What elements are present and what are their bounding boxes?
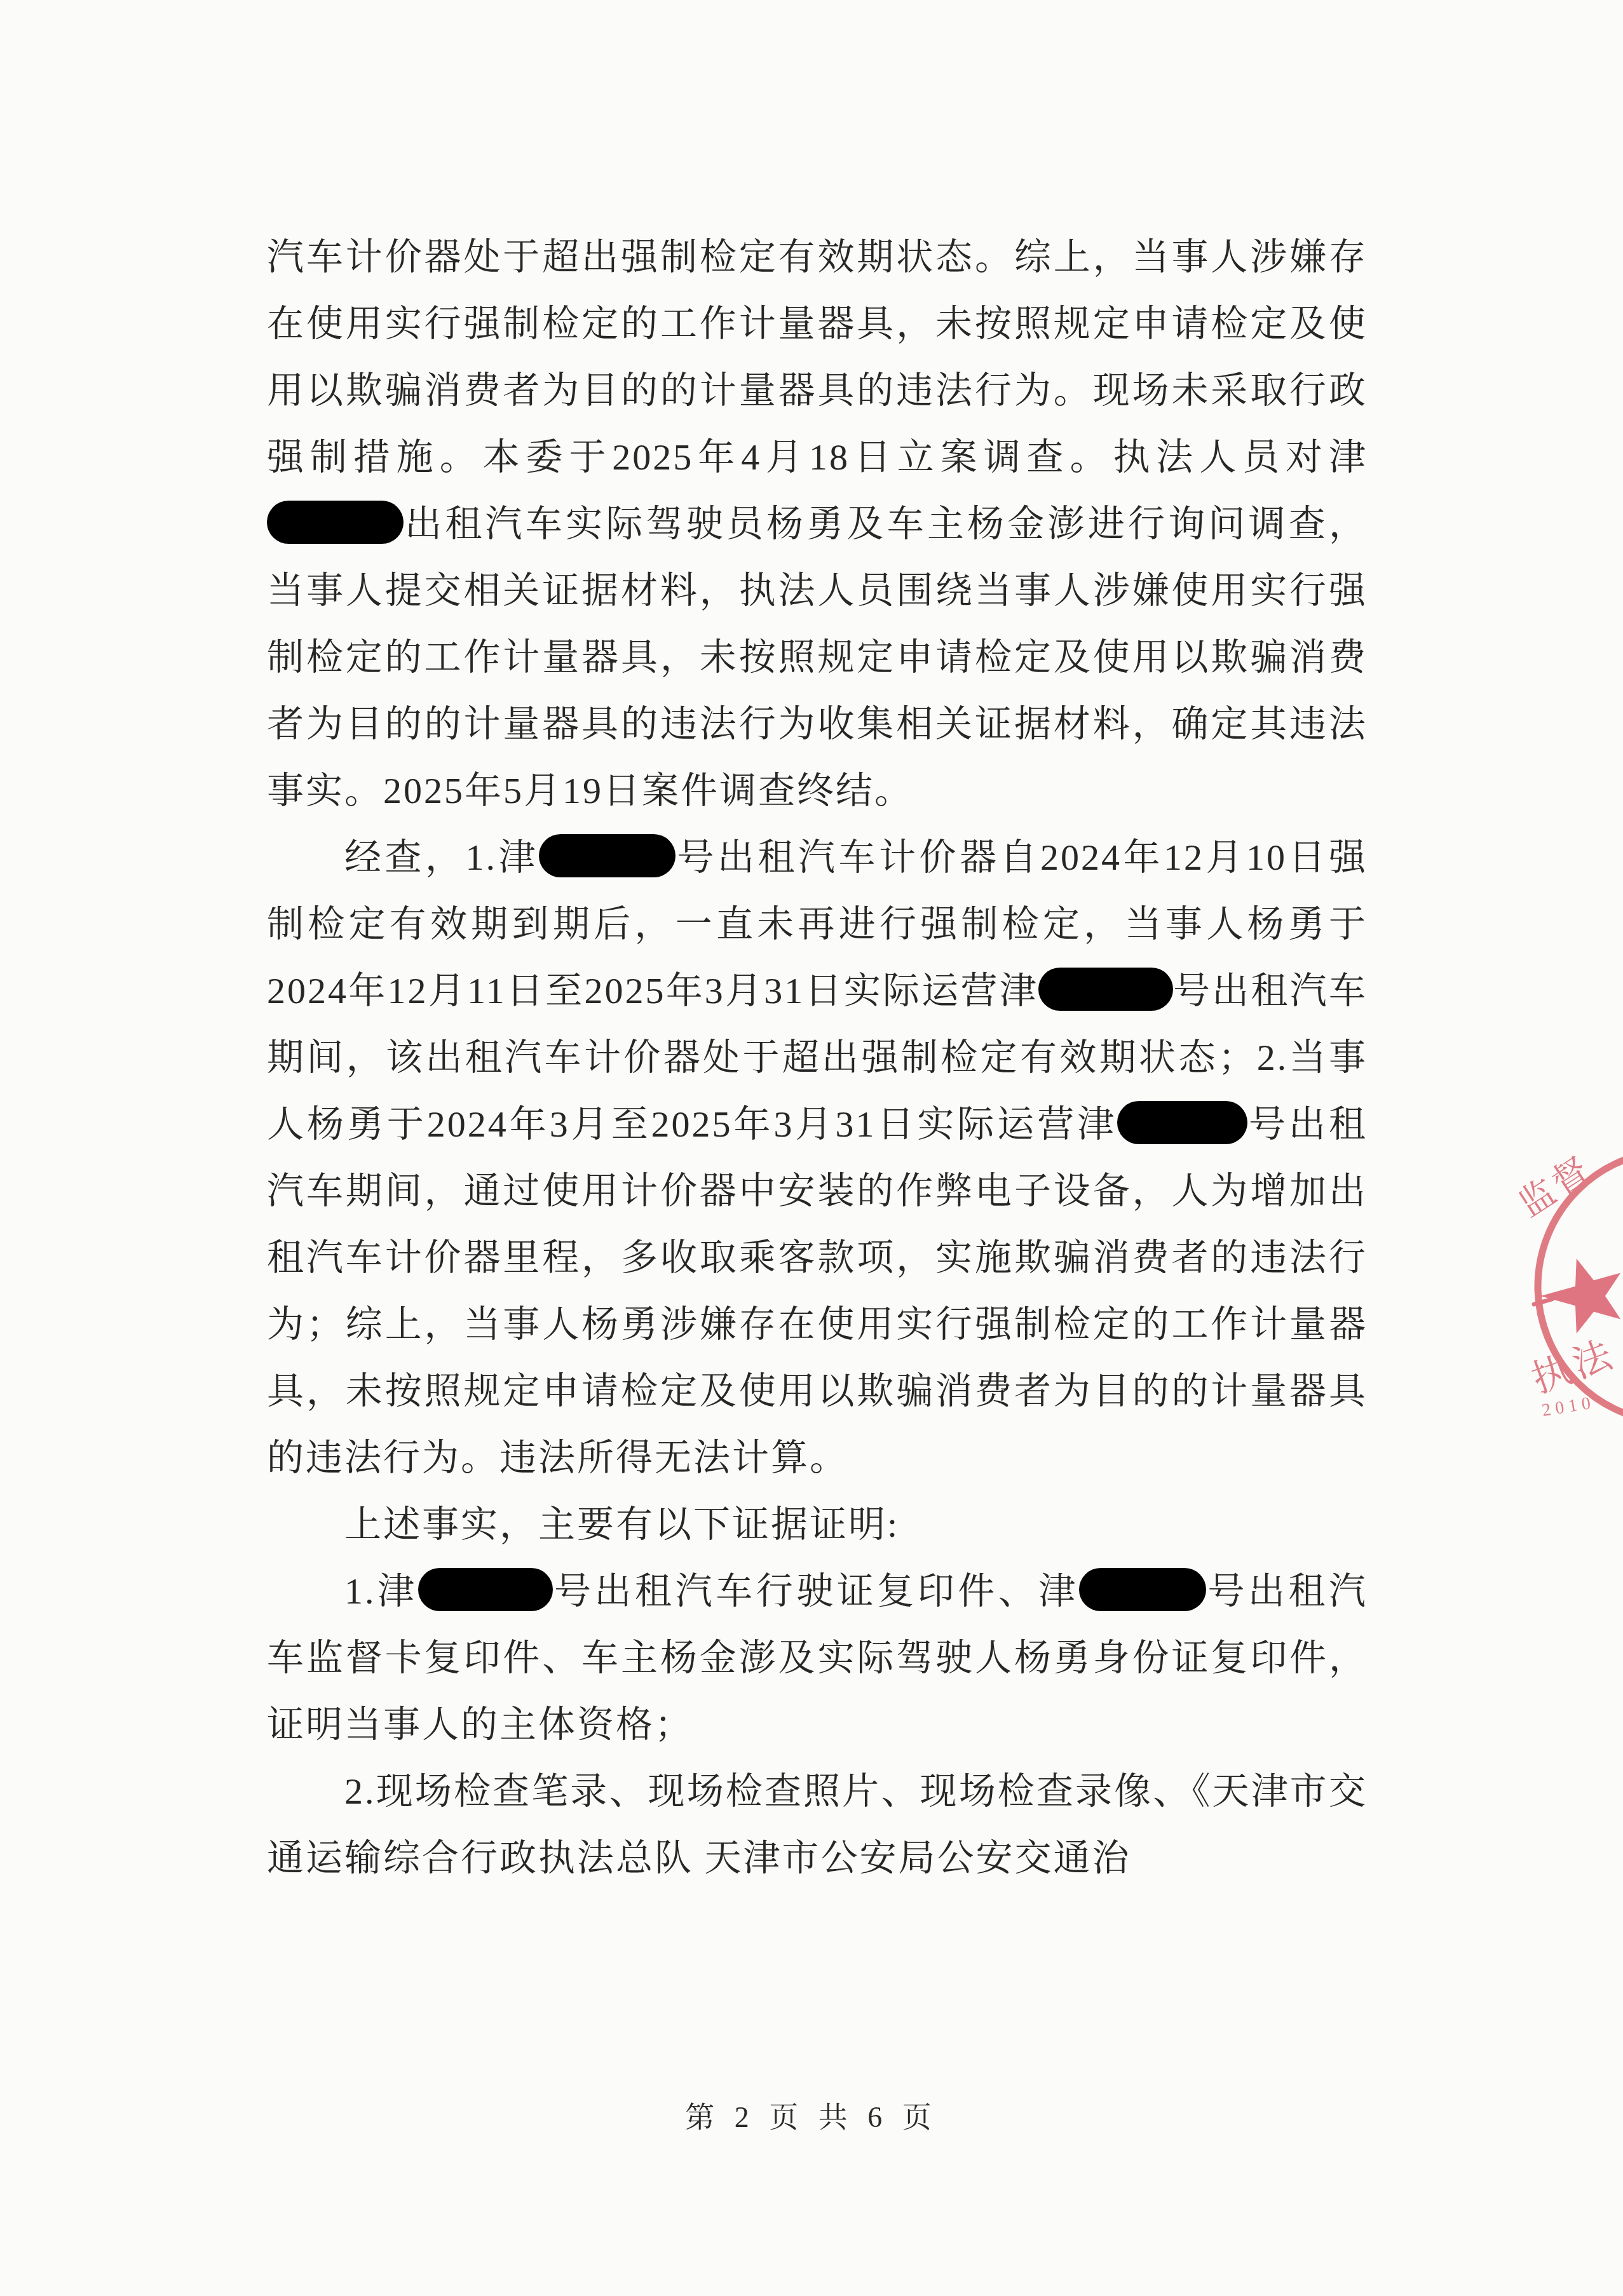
paragraph: 1.津号出租汽车行驶证复印件、津号出租汽车监督卡复印件、车主杨金澎及实际驾驶人杨… [267,1558,1368,1758]
redaction-bar [1038,968,1173,1011]
official-seal-stamp: 监督 执法 2010 [1515,1140,1623,1471]
page-number-label: 第 2 页 共 6 页 [685,2101,938,2133]
document-page: 汽车计价器处于超出强制检定有效期状态。综上，当事人涉嫌存在使用实行强制检定的工作… [0,0,1623,2296]
seal-star [1540,1259,1620,1334]
paragraph: 汽车计价器处于超出强制检定有效期状态。综上，当事人涉嫌存在使用实行强制检定的工作… [267,224,1368,824]
seal-dash [1534,1299,1552,1304]
text-run: 1.津 [344,1570,418,1612]
redaction-bar [539,834,676,877]
document-body: 汽车计价器处于超出强制检定有效期状态。综上，当事人涉嫌存在使用实行强制检定的工作… [267,224,1368,1891]
redaction-bar [1117,1101,1247,1144]
redaction-bar [267,501,404,544]
paragraph: 上述事实，主要有以下证据证明: [267,1491,1368,1558]
page-number-footer: 第 2 页 共 6 页 [0,2094,1623,2136]
redaction-bar [418,1568,553,1611]
text-run: 号出租汽车期间，通过使用计价器中安装的作弊电子设备，人为增加出租汽车计价器里程，… [267,1104,1368,1478]
seal-digits: 2010 [1540,1393,1596,1421]
text-run: 汽车计价器处于超出强制检定有效期状态。综上，当事人涉嫌存在使用实行强制检定的工作… [267,236,1368,478]
seal-lower-text: 执法 [1526,1332,1622,1401]
text-run: 2.现场检查笔录、现场检查照片、现场检查录像、《天津市交通运输综合行政执法总队 … [267,1771,1368,1879]
text-run: 上述事实，主要有以下证据证明: [344,1504,899,1545]
redaction-bar [1079,1568,1206,1611]
text-run: 号出租汽车行驶证复印件、津 [553,1570,1079,1612]
paragraph: 2.现场检查笔录、现场检查照片、现场检查录像、《天津市交通运输综合行政执法总队 … [267,1758,1368,1891]
paragraph: 经查，1.津号出租汽车计价器自2024年12月10日强制检定有效期到期后，一直未… [267,824,1368,1491]
text-run: 出租汽车实际驾驶员杨勇及车主杨金澎进行询问调查，当事人提交相关证据材料，执法人员… [267,503,1368,811]
seal-ring [1538,1151,1623,1422]
seal-top-text: 监督 [1515,1149,1599,1225]
text-run: 经查，1.津 [344,837,539,878]
